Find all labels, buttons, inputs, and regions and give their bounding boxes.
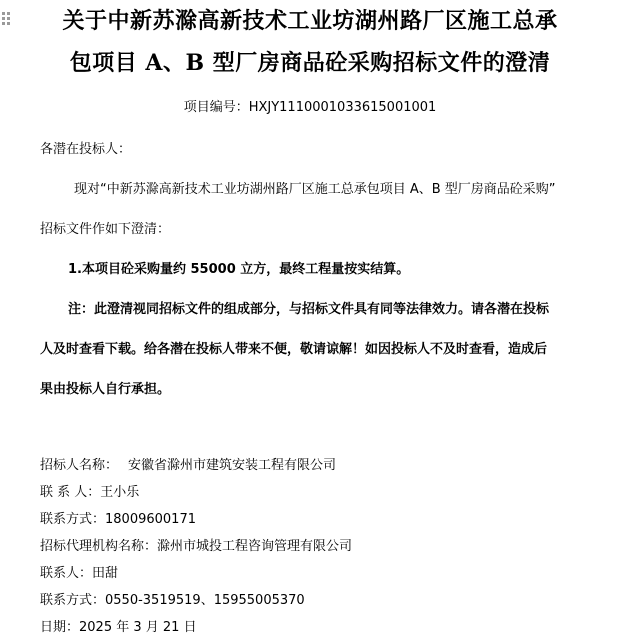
agency-contact: 联系人：田甜 bbox=[40, 563, 118, 585]
project-number-label: 项目编号： bbox=[184, 100, 249, 115]
title-line-1: 关于中新苏滁高新技术工业坊湖州路厂区施工总承 bbox=[0, 0, 620, 42]
document-title: 关于中新苏滁高新技术工业坊湖州路厂区施工总承 包项目 A、B 型厂房商品砼采购招… bbox=[0, 0, 620, 84]
tenderer-phone-label: 联系方式： bbox=[40, 512, 105, 527]
agency-contact-label: 联系人： bbox=[40, 566, 92, 581]
date-label: 日期： bbox=[40, 620, 79, 635]
title-line-2: 包项目 A、B 型厂房商品砼采购招标文件的澄清 bbox=[0, 42, 620, 84]
intro-continuation: 招标文件作如下澄清： bbox=[40, 219, 170, 241]
tenderer-name-value: 安徽省滁州市建筑安装工程有限公司 bbox=[128, 458, 336, 473]
agency-phone-label: 联系方式： bbox=[40, 593, 105, 608]
agency-name: 招标代理机构名称：滁州市城投工程咨询管理有限公司 bbox=[40, 536, 352, 558]
tenderer-name-label: 招标人名称： bbox=[40, 458, 118, 473]
tenderer-phone: 联系方式：18009600171 bbox=[40, 509, 196, 531]
agency-phone-value: 0550-3519519、15955005370 bbox=[105, 593, 305, 608]
clarification-item-1: 1.本项目砼采购量约 55000 立方，最终工程量按实结算。 bbox=[68, 259, 409, 281]
tenderer-phone-value: 18009600171 bbox=[105, 512, 196, 527]
tenderer-name: 招标人名称：安徽省滁州市建筑安装工程有限公司 bbox=[40, 455, 336, 477]
date-value: 2025 年 3 月 21 日 bbox=[79, 620, 197, 635]
agency-name-label: 招标代理机构名称： bbox=[40, 539, 157, 554]
note-line-2: 人及时查看下载。给各潜在投标人带来不便，敬请谅解！如因投标人不及时查看，造成后 bbox=[40, 339, 547, 361]
agency-name-value: 滁州市城投工程咨询管理有限公司 bbox=[157, 539, 352, 554]
date: 日期：2025 年 3 月 21 日 bbox=[40, 617, 197, 636]
tenderer-contact-value: 王小乐 bbox=[100, 485, 139, 500]
tenderer-contact-label: 联 系 人： bbox=[40, 485, 100, 500]
agency-phone: 联系方式：0550-3519519、15955005370 bbox=[40, 590, 305, 612]
note-line-1: 注：此澄清视同招标文件的组成部分，与招标文件具有同等法律效力。请各潜在投标 bbox=[68, 299, 549, 321]
project-number-value: HXJY1110001033615001001 bbox=[249, 100, 437, 115]
tenderer-contact: 联 系 人：王小乐 bbox=[40, 482, 139, 504]
intro-line: 现对“中新苏滁高新技术工业坊湖州路厂区施工总承包项目 A、B 型厂房商品砼采购” bbox=[74, 179, 556, 201]
agency-contact-value: 田甜 bbox=[92, 566, 118, 581]
note-line-3: 果由投标人自行承担。 bbox=[40, 379, 170, 401]
project-number: 项目编号：HXJY1110001033615001001 bbox=[0, 97, 620, 119]
salutation: 各潜在投标人： bbox=[40, 139, 131, 161]
